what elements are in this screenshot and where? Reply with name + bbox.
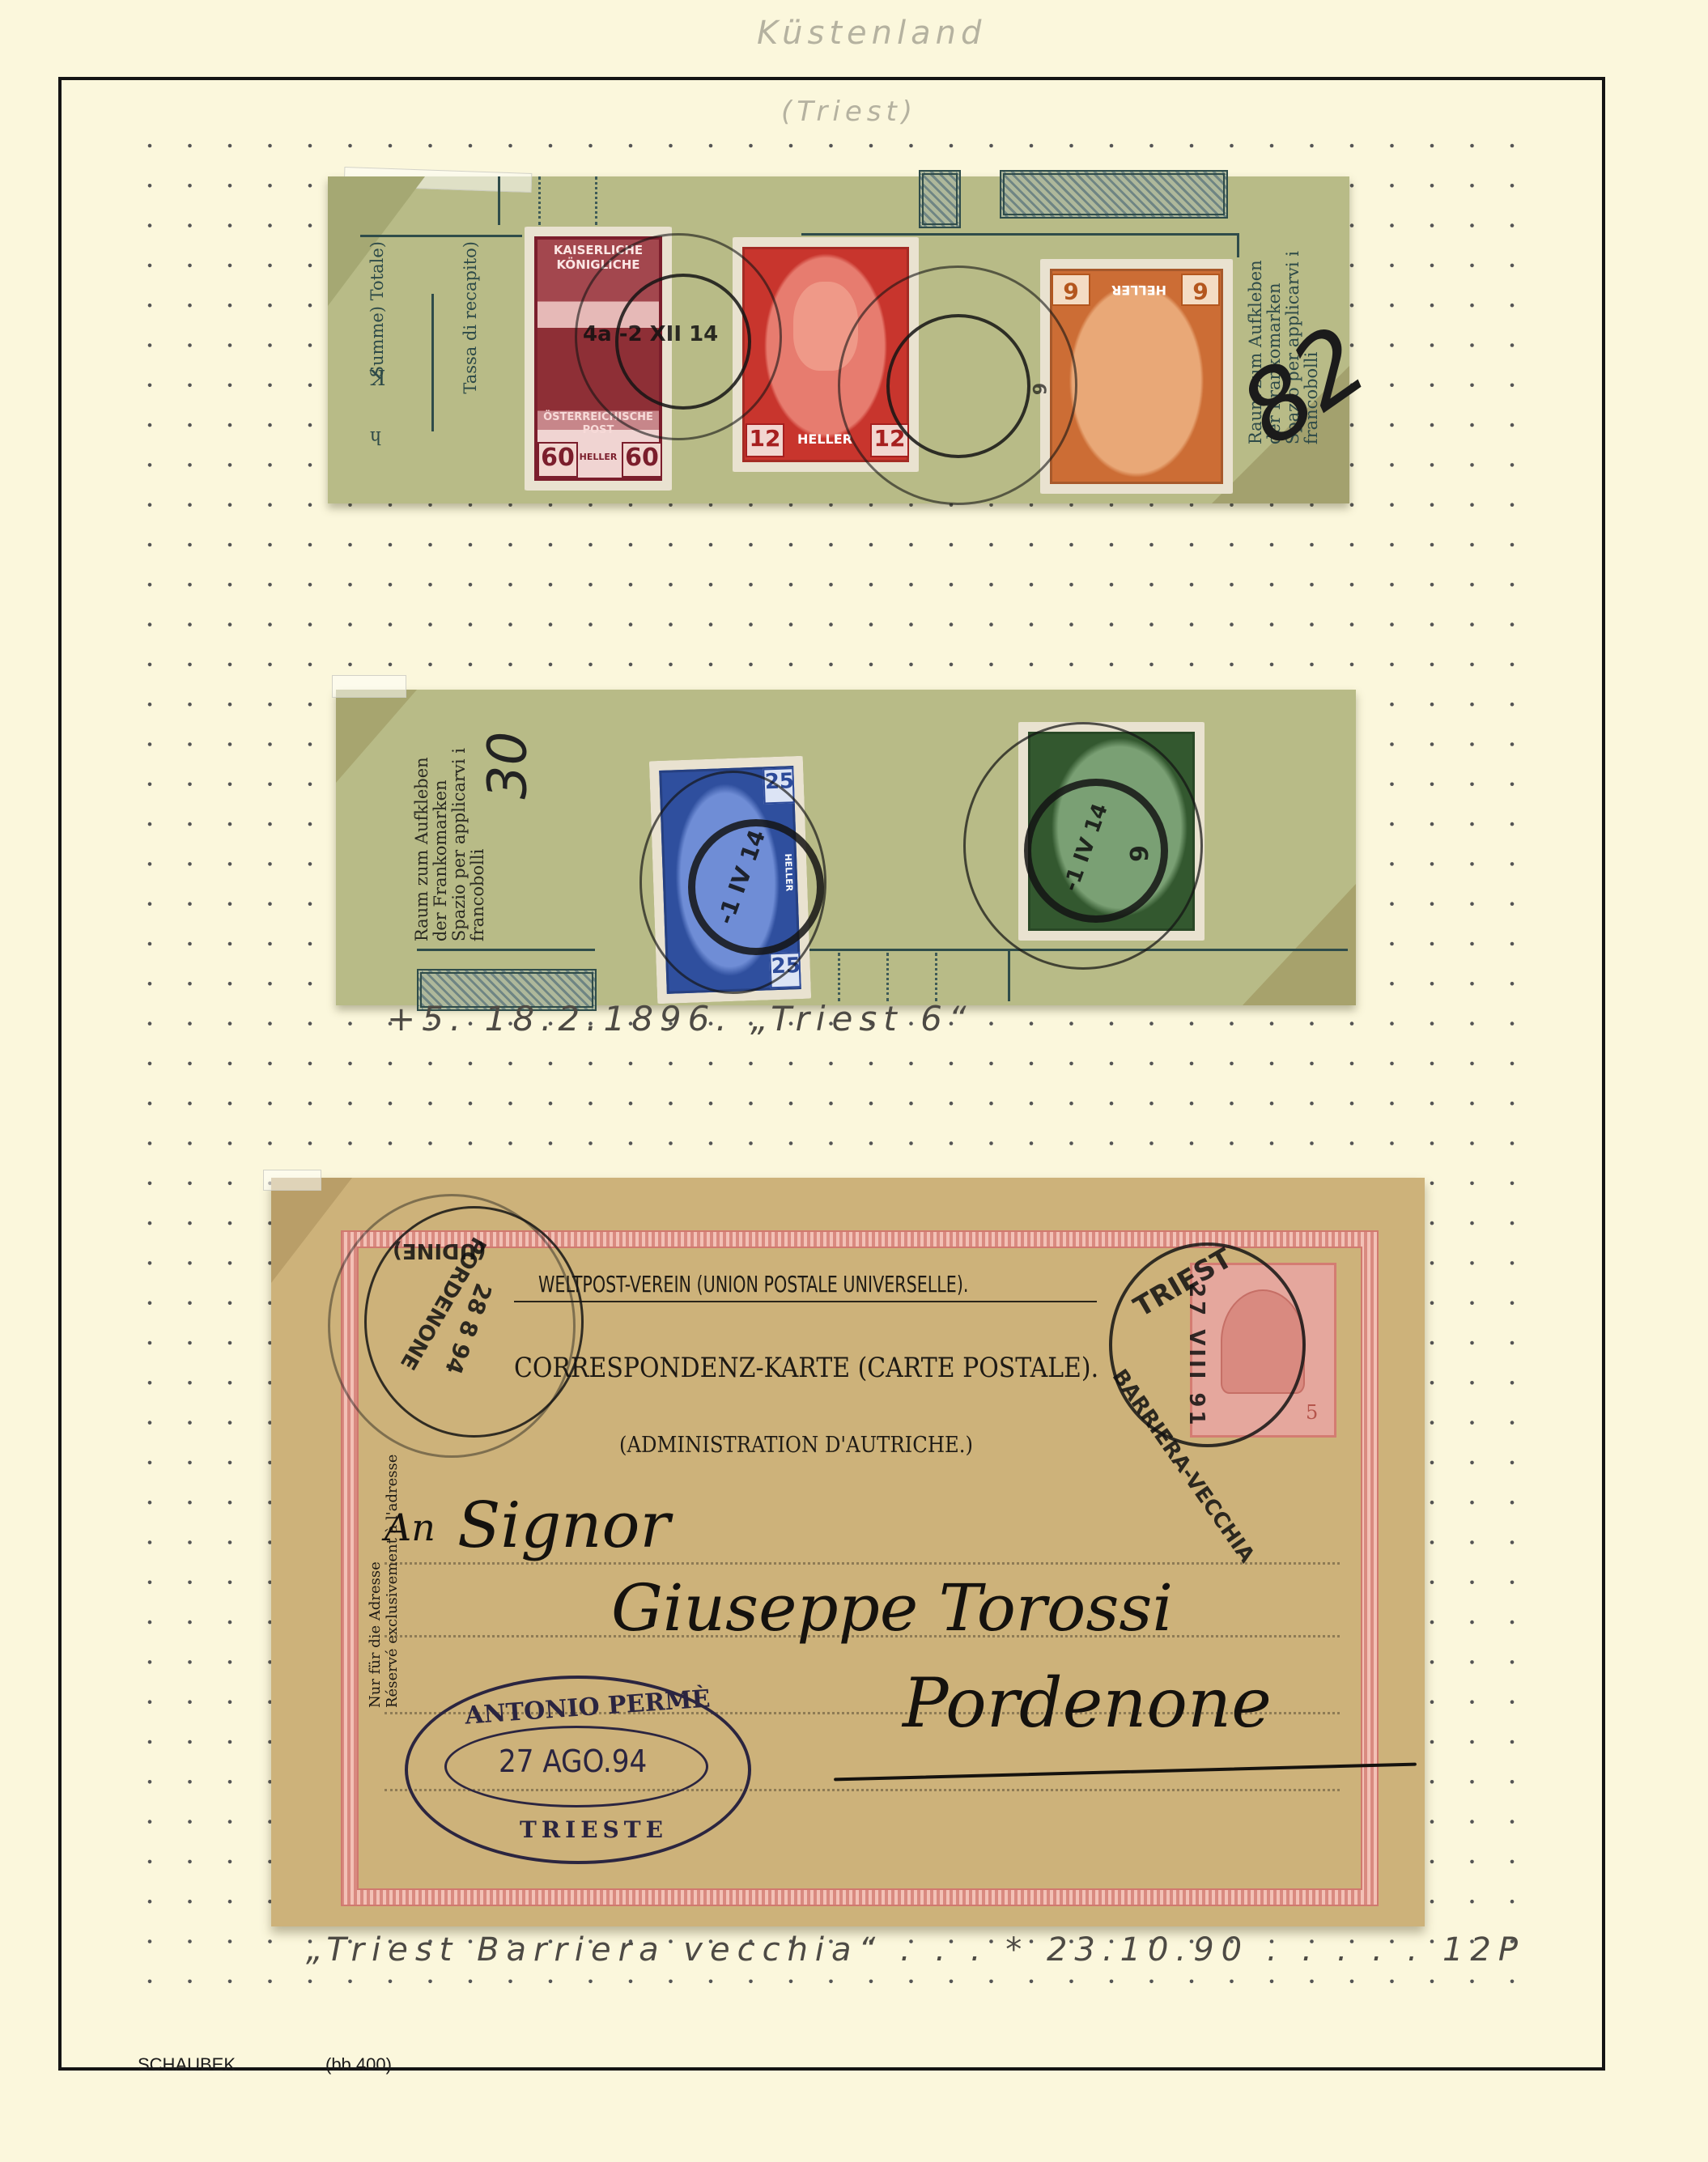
postal-stationery-card: WELTPOST-VEREIN (UNION POSTALE UNIVERSEL… [271, 1178, 1425, 1926]
parcel-card-fragment-1: Summe) Totale) K h Tassa di recapito) Ra… [328, 176, 1349, 503]
footer-code: (bb 400) [325, 2054, 392, 2075]
form-unit-k: K [370, 367, 385, 385]
address-prefix: An [385, 1506, 435, 1549]
form-dotted-rule [538, 176, 541, 225]
card-title: CORRESPONDENZ-KARTE (CARTE POSTALE). [514, 1352, 1098, 1384]
stamp-value: 6 [1052, 274, 1090, 306]
form-rule [431, 294, 434, 431]
headline-underline [514, 1301, 1097, 1302]
mount-corner [1243, 884, 1356, 1005]
stamp-value: 60 [622, 442, 662, 478]
postmark-region: (UDINE) [393, 1238, 486, 1263]
form-dotted-rule [935, 953, 937, 1001]
card-subtitle: (ADMINISTRATION D'AUTRICHE.) [619, 1433, 973, 1458]
address-note: Nur für die Adresse Réservé exclusivemen… [367, 1455, 401, 1708]
form-rule [360, 235, 522, 237]
postmark-date: 4a -2 XII 14 [583, 322, 718, 346]
footer-brand: SCHAUBEK [138, 2054, 236, 2075]
form-unit-h: h [370, 427, 381, 446]
address-line-3: Pordenone [903, 1663, 1272, 1743]
mount-corner [336, 690, 417, 783]
form-rule [498, 176, 500, 225]
sender-city: TRIESTE [520, 1816, 668, 1843]
stamp-unit: HELLER [578, 452, 618, 462]
card-headline: WELTPOST-VEREIN (UNION POSTALE UNIVERSEL… [538, 1271, 968, 1298]
address-note-fr: Réservé exclusivement à l'adresse [384, 1455, 401, 1708]
form-rule [801, 233, 1239, 236]
form-rule [417, 949, 595, 951]
address-line [385, 1562, 1340, 1565]
imprinted-stamp-value: 5 [1306, 1401, 1318, 1424]
form-ornament-banner [919, 170, 961, 228]
form-label-summe: Summe) Totale) [368, 241, 387, 377]
sender-date: 27 AGO.94 [499, 1744, 647, 1779]
address-note-de: Nur für die Adresse [367, 1455, 384, 1708]
stamp-unit: HELLER [1098, 282, 1179, 298]
pencil-mark: 30 [476, 732, 538, 800]
postmark-number: 6 [1028, 383, 1048, 395]
parcel-card-fragment-2: Raum zum Aufkleben der Frankomarken Spaz… [336, 690, 1356, 1005]
form-text-line: Raum zum Aufkleben [413, 748, 431, 941]
form-dotted-rule [886, 953, 889, 1001]
form-text-line: der Frankomarken [431, 748, 450, 941]
form-dotted-rule [595, 176, 597, 225]
annotation-fragment-2: +5. 18.2.1896. „Triest 6“ [387, 999, 973, 1039]
sender-oval-stamp: ANTONIO PERMÈ 27 AGO.94 TRIESTE [405, 1676, 751, 1864]
mount-hinge [332, 675, 406, 698]
form-ornament-banner [1000, 170, 1228, 219]
postmark-number: 6 [1124, 845, 1152, 862]
address-line-1: Signor [457, 1489, 670, 1562]
annotation-postcard: „Triest Barriera vecchia“ . . . * 23.10.… [306, 1931, 1525, 1969]
form-dotted-rule [838, 953, 840, 1001]
stamp-value: 6 [1181, 274, 1220, 306]
address-line-2: Giuseppe Torossi [611, 1570, 1173, 1646]
postmark-inner [886, 314, 1030, 458]
form-rule [1008, 949, 1010, 1001]
postmark-date: 27 VIII 91 [1184, 1283, 1209, 1429]
mount-hinge [263, 1170, 321, 1191]
stamp-value: 12 [746, 423, 784, 457]
form-rule [1237, 233, 1239, 257]
page-header-pencil: Küstenland [757, 15, 986, 52]
form-label-tassa: Tassa di recapito) [461, 241, 480, 394]
postmark-pordenone-ring [328, 1194, 576, 1458]
sender-name: ANTONIO PERMÈ [464, 1684, 711, 1730]
page-subheader-pencil: (Triest) [781, 96, 917, 128]
stamp-value: 60 [537, 442, 578, 478]
form-text-line: Spazio per applicarvi i [450, 748, 469, 941]
